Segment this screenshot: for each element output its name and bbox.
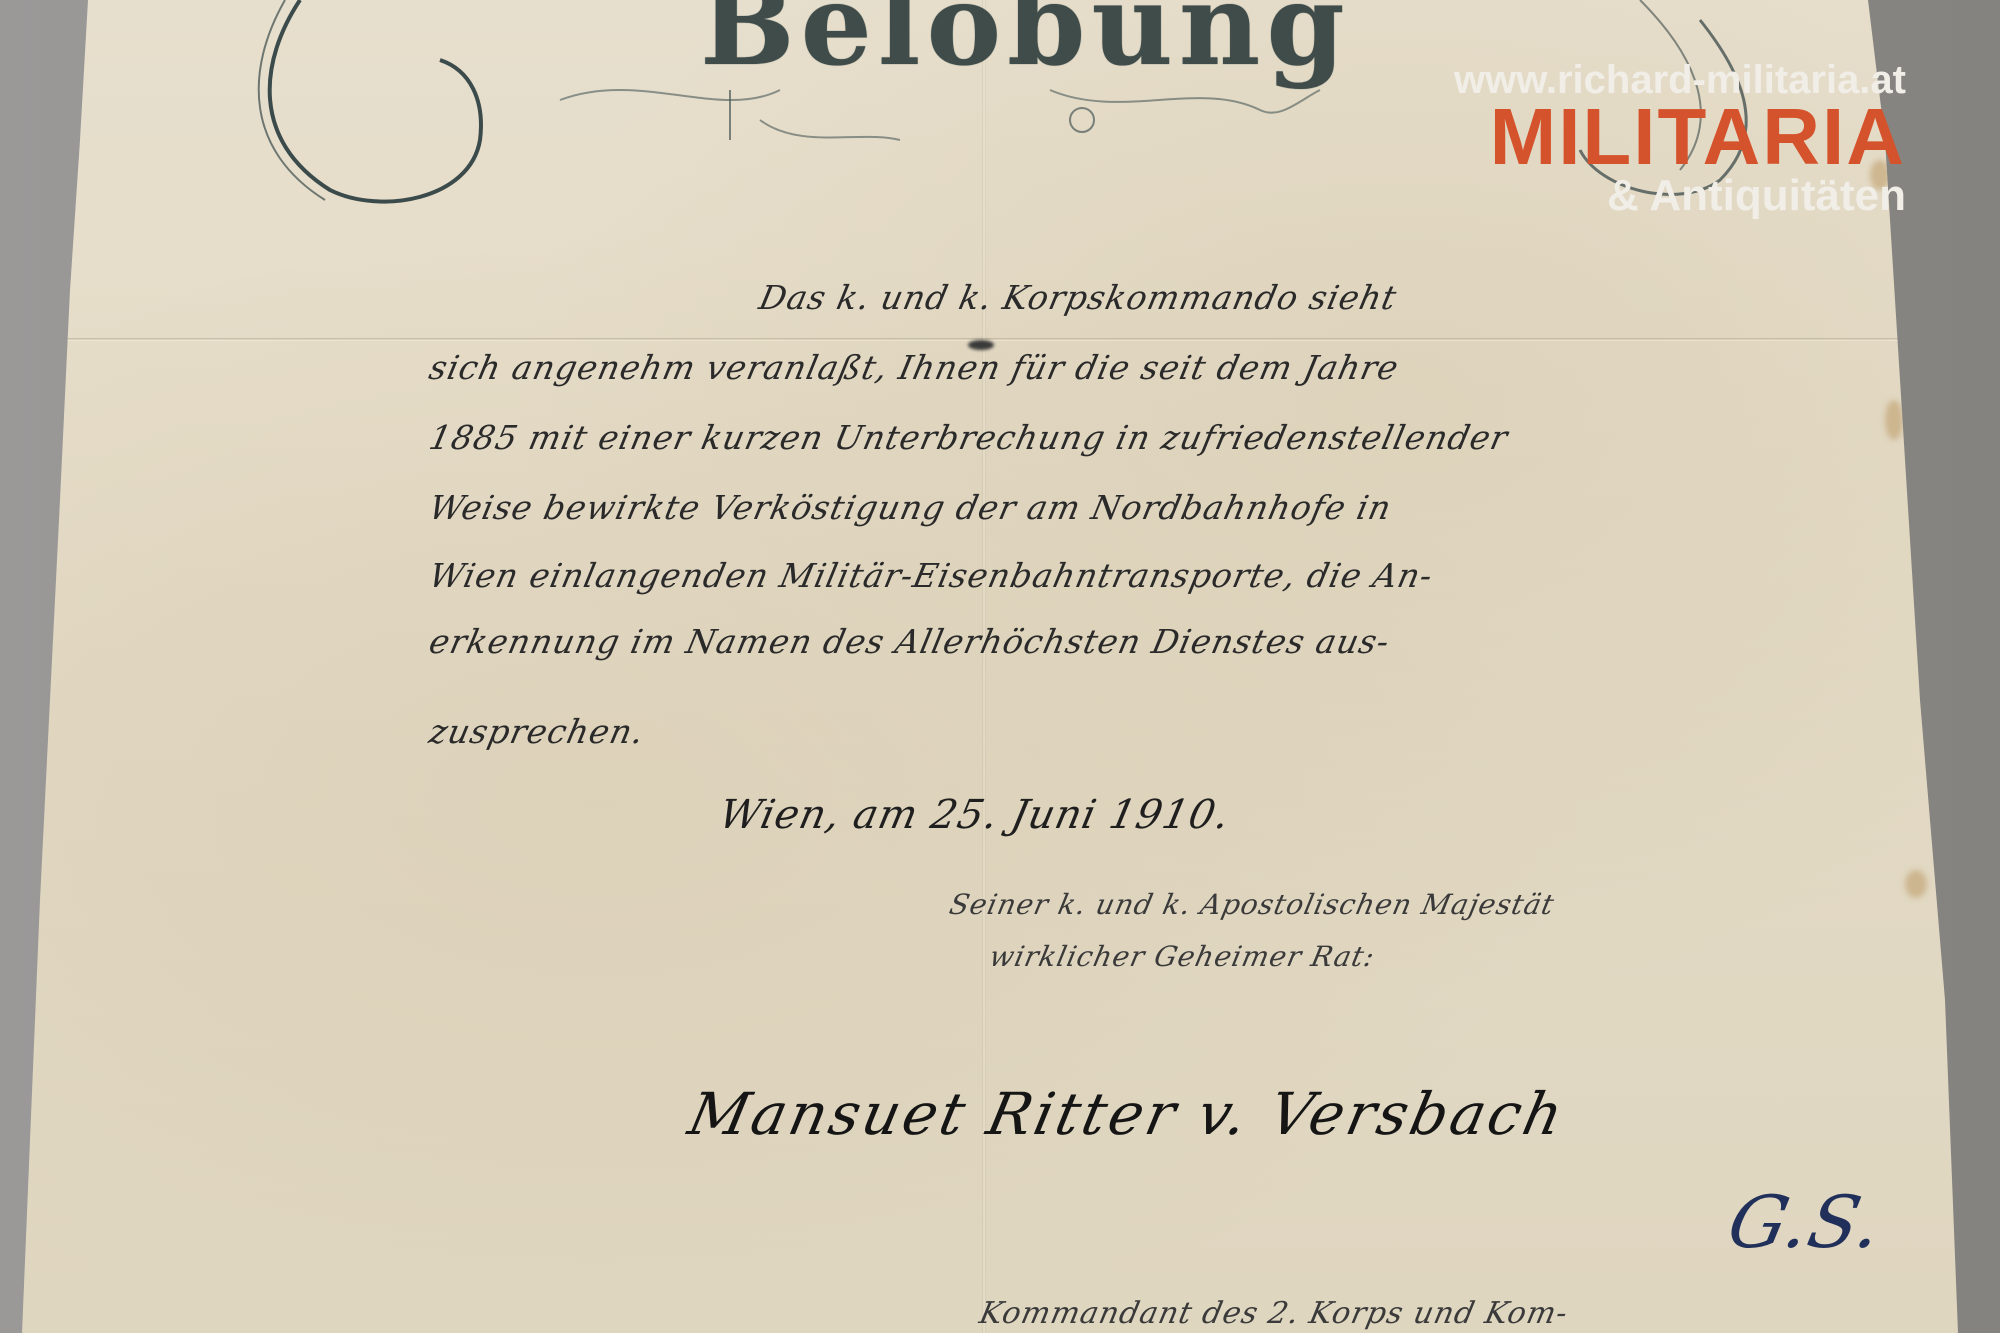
body-line: Weise bewirkte Verköstigung der am Nordb…	[426, 488, 1396, 527]
signatory-title-line: Seiner k. und k. Apostolischen Majestät	[946, 888, 1557, 921]
initials: G.S.	[1721, 1180, 1890, 1264]
body-line: Das k. und k. Korpskommando sieht	[756, 278, 1401, 317]
body-line: Wien einlangenden Militär-Eisenbahntrans…	[426, 556, 1437, 595]
body-line: sich angenehm veranlaßt, Ihnen für die s…	[426, 348, 1403, 387]
footer-text-partial: Kommandant des 2. Korps und Kom-	[976, 1296, 1571, 1331]
body-line: 1885 mit einer kurzen Unterbrechung in z…	[426, 418, 1512, 457]
watermark: www.richard-militaria.at MILITARIA & Ant…	[1454, 60, 1906, 218]
body-line: erkennung im Namen des Allerhöchsten Die…	[426, 622, 1394, 661]
signatory-title-line: wirklicher Geheimer Rat:	[986, 940, 1378, 973]
document-title-area: Belobung	[520, 0, 1340, 160]
watermark-brand: MILITARIA	[1454, 100, 1906, 174]
document-title: Belobung	[700, 0, 1351, 91]
body-line: zusprechen.	[426, 712, 648, 751]
signature: Mansuet Ritter v. Versbach	[683, 1080, 1572, 1148]
place-date: Wien, am 25. Juni 1910.	[715, 792, 1234, 838]
